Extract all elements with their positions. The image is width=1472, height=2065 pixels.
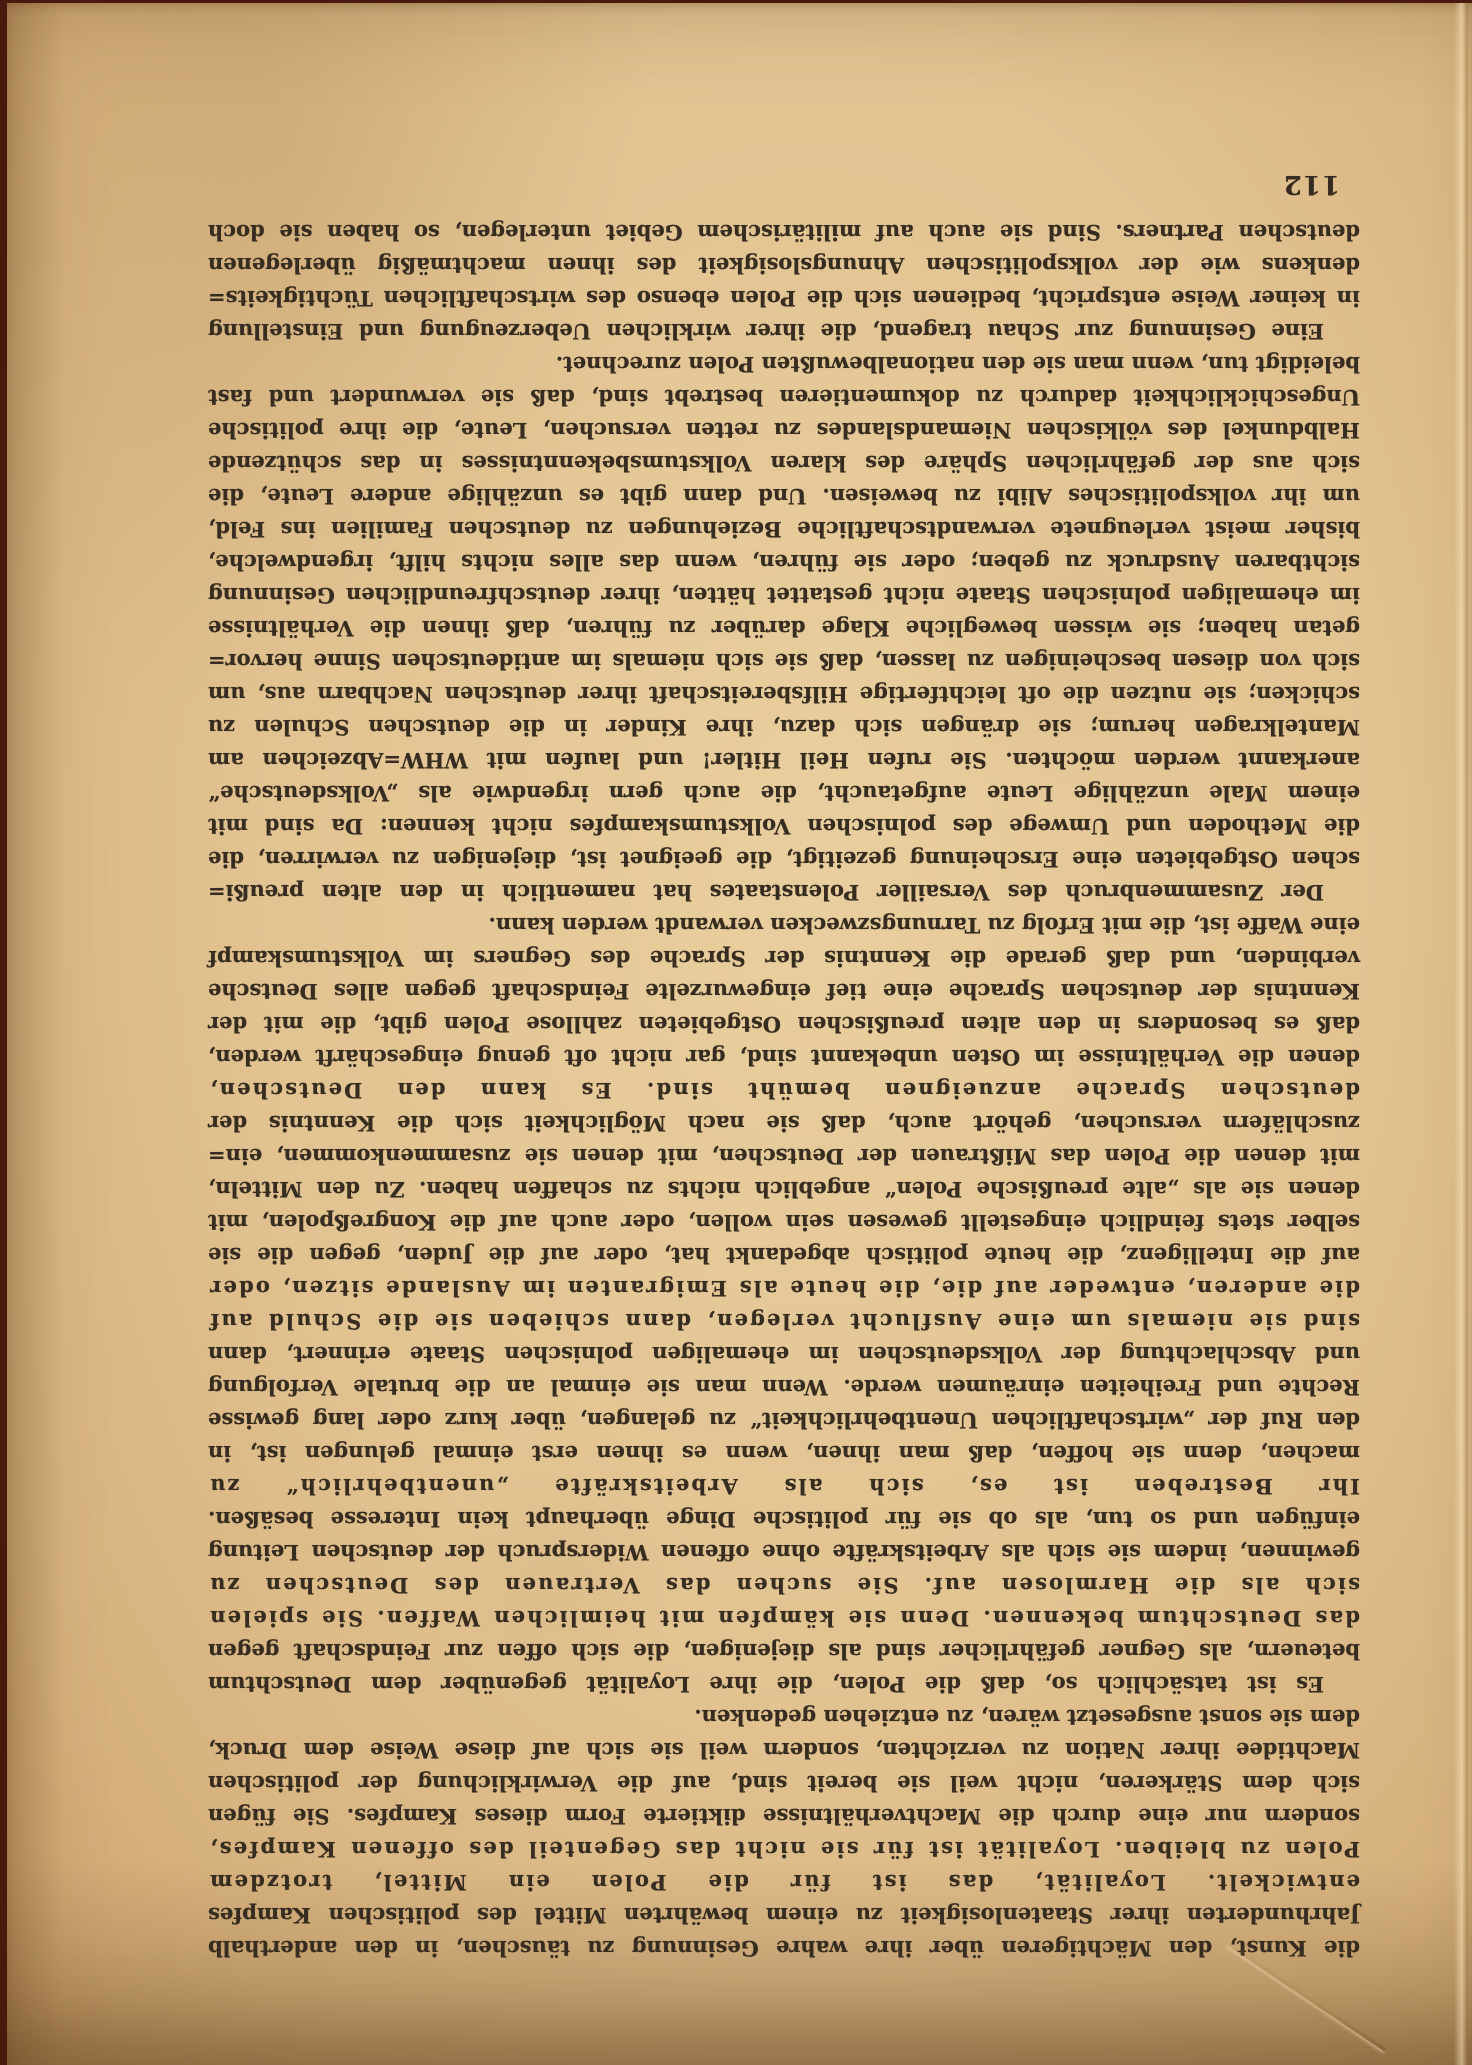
text-line: und Abschlachtung der Volksdeutschen im … [208,1338,1360,1371]
text-line: Eine Gesinnung zur Schau tragend, die ih… [208,315,1360,348]
text-line: schen Ostgebieten eine Erscheinung gezei… [208,843,1360,876]
text-line: dem sie sonst ausgesetzt wären, zu entzi… [208,1701,1360,1734]
text-line: anerkannt werden möchten. Sie rufen Heil… [208,744,1360,777]
text-line: selber stets feindlich eingestellt gewes… [208,1206,1360,1239]
text-line: machen, denn sie hoffen, daß man ihnen, … [208,1437,1360,1470]
text-line: gewinnen, indem sie sich als Arbeitskräf… [208,1536,1360,1569]
text-line: die anderen, entweder auf die, die heute… [208,1272,1360,1305]
page-number: 112 [1283,169,1340,199]
text-line: beteuern, als Gegner gefährlicher sind a… [208,1635,1360,1668]
text-line: Ihr Bestreben ist es, sich als Arbeitskr… [208,1470,1360,1503]
text-line: denen die Verhältnisse im Osten unbekann… [208,1041,1360,1074]
text-line: deutschen Sprache anzueignen bemüht sind… [208,1074,1360,1107]
text-line: die Methoden und Umwege des polnischen V… [208,810,1360,843]
text-line: das Deutschtum bekennen. Denn sie kämpfe… [208,1602,1360,1635]
paragraph: Der Zusammenbruch des Versailler Polenst… [208,348,1360,909]
text-line: Es ist tatsächlich so, daß die Polen, di… [208,1668,1360,1701]
text-line: sind sie niemals um eine Ausflucht verle… [208,1305,1360,1338]
text-line: getan haben; sie wissen bewegliche Klage… [208,612,1360,645]
text-line: sich als die Harmlosen auf. Sie suchen d… [208,1569,1360,1602]
text-line: sichtbaren Ausdruck zu geben; oder sie f… [208,546,1360,579]
text-line: Polen zu bleiben. Loyalität ist für sie … [208,1833,1360,1866]
text-line: sich aus der gefährlichen Sphäre des kla… [208,447,1360,480]
paragraph: Eine Gesinnung zur Schau tragend, die ih… [208,216,1360,348]
text-line: um ihr volkspolitisches Alibi zu beweise… [208,480,1360,513]
book-scan: { "page": { "number": "112", "language":… [0,0,1472,2065]
text-line: Kenntnis der deutschen Sprache eine tief… [208,975,1360,1008]
text-line: entwickelt. Loyalität, das ist für die P… [208,1866,1360,1899]
page-edge-highlight [1454,3,1468,2065]
text-line: schicken; sie nutzen die oft leichtferti… [208,678,1360,711]
text-line: Machtidee ihrer Nation zu verzichten, so… [208,1734,1360,1767]
text-line: Der Zusammenbruch des Versailler Polenst… [208,876,1360,909]
text-line: beleidigt tun, wenn man sie den national… [208,348,1360,381]
text-line: einem Male unzählige Leute aufgetaucht, … [208,777,1360,810]
text-line: Rechte und Freiheiten einräumen werde. W… [208,1371,1360,1404]
text-line: im ehemaligen polnischen Staate nicht ge… [208,579,1360,612]
text-line: sondern nur eine durch die Machtverhältn… [208,1800,1360,1833]
text-line: einfügen und so tun, als ob sie für poli… [208,1503,1360,1536]
paragraph: Es ist tatsächlich so, daß die Polen, di… [208,909,1360,1701]
text-line: bisher meist verleugnete verwandtschaftl… [208,513,1360,546]
text-line: die Kunst, den Mächtigeren über ihre wah… [208,1932,1360,1965]
text-line: in keiner Weise entspricht, bedienen sic… [208,282,1360,315]
text-line: zuschläfern versuchen, gehört auch, daß … [208,1107,1360,1140]
text-line: verbinden, und daß gerade die Kenntnis d… [208,942,1360,975]
text-line: denen sie als „alte preußische Polen“ an… [208,1173,1360,1206]
text-line: denkens wie der volkspolitischen Ahnungs… [208,249,1360,282]
text-line: deutschen Partners. Sind sie auch auf mi… [208,216,1360,249]
text-line: mit denen die Polen das Mißtrauen der De… [208,1140,1360,1173]
text-line: Mantelkragen herum; sie drängen sich daz… [208,711,1360,744]
text-line: sich dem Stärkeren, nicht weil sie berei… [208,1767,1360,1800]
text-line: daß es besonders in den alten preußische… [208,1008,1360,1041]
paragraph: die Kunst, den Mächtigeren über ihre wah… [208,1701,1360,1965]
text-line: sich von diesen bescheinigen zu lassen, … [208,645,1360,678]
rotated-page-content: die Kunst, den Mächtigeren über ihre wah… [7,3,1472,2065]
scanned-page: die Kunst, den Mächtigeren über ihre wah… [7,3,1472,2065]
text-line: auf die Intelligenz, die heute politisch… [208,1239,1360,1272]
text-line: Ungeschicklichkeit dadurch zu dokumentie… [208,381,1360,414]
text-line: eine Waffe ist, die mit Erfolg zu Tarnun… [208,909,1360,942]
text-line: den Ruf der „wirtschaftlichen Unentbehrl… [208,1404,1360,1437]
text-line: Jahrhunderten ihrer Staatenlosigkeit zu … [208,1899,1360,1932]
body-text: die Kunst, den Mächtigeren über ihre wah… [208,216,1360,1965]
text-line: Halbdunkel des völkischen Niemandslandes… [208,414,1360,447]
